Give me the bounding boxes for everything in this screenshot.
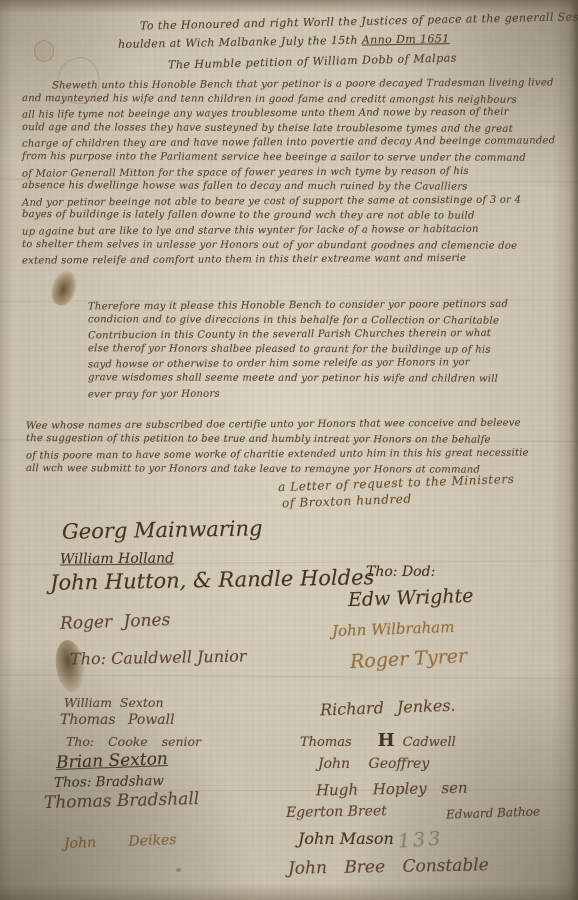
petition-heading-line2: houlden at Wich Malbanke July the 15th A… [118, 32, 450, 51]
petition-heading-line3: The Humble petition of William Dobb of M… [168, 51, 457, 71]
signature-edw-wrighte: Edw Wrighte [348, 585, 474, 611]
petition-heading-line1: To the Honoured and right Worll the Just… [140, 10, 570, 32]
signature-hugh-hopley-sen: Hugh Hopley sen [316, 779, 468, 800]
petition-certificate: Wee whose names are subscribed doe certi… [26, 417, 571, 477]
signature-egerton-breet: Egerton Breet [286, 803, 387, 821]
body-line: extend some releife and comfort unto the… [22, 251, 562, 269]
heading-anno-dm: Anno Dm 1651 [362, 32, 450, 47]
signature-john-wilbraham: John Wilbraham [332, 618, 455, 640]
cadwell-last-name: Cadwell [403, 735, 456, 750]
prayer-line: Therefore may it please this Honoble Ben… [88, 298, 548, 315]
signature-georg-mainwaring: Georg Mainwaring [62, 516, 263, 543]
manuscript-page: To the Honoured and right Worll the Just… [0, 0, 578, 900]
cadwell-mark: H [378, 730, 395, 751]
petition-prayer: Therefore may it please this Honoble Ben… [88, 299, 548, 401]
folio-number-pencil: 133 [397, 827, 444, 852]
signature-edward-bathoe: Edward Bathoe [446, 804, 540, 821]
signature-thos-bradshaw: Thos: Bradshaw [54, 773, 164, 791]
signature-john-mason: John Mason [298, 829, 394, 848]
prayer-line: ever pray for yor Honors [88, 385, 548, 402]
signature-roger-jones: Roger Jones [60, 610, 171, 634]
signature-tho-cooke-senior: Tho: Cooke senior [66, 734, 201, 749]
heading-date-text: houlden at Wich Malbanke July the 15th [118, 34, 362, 51]
signature-john-deikes: John Deikes [64, 832, 177, 852]
signature-richard-jenkes: Richard Jenkes. [320, 696, 456, 720]
signature-tho-cauldwell-junior: Tho: Cauldwell Junior [70, 646, 247, 668]
paper-ring-mark [34, 40, 54, 62]
ink-blot [47, 267, 81, 309]
signature-william-holland: William Holland [60, 551, 174, 568]
signature-john-bree-constable: John Bree Constable [288, 855, 489, 879]
paper-speck [176, 868, 181, 872]
signature-thomas-bradshall: Thomas Bradshall [44, 789, 200, 813]
signature-john-hutton-randle-holdes: John Hutton, & Randle Holdes [50, 565, 375, 595]
signature-roger-tyrer: Roger Tyrer [350, 645, 468, 673]
signature-brian-sexton: Brian Sexton [56, 749, 168, 773]
signature-thomas-powall: Thomas Powall [60, 712, 175, 728]
cadwell-first-name: Thomas [300, 735, 352, 750]
petition-body: Sheweth unto this Honoble Bench that yor… [22, 78, 562, 268]
prayer-line: grave wisdomes shall seeme meete and yor… [88, 371, 548, 387]
paper-crease [0, 674, 578, 680]
endorsement-line2: of Broxton hundred [282, 492, 412, 511]
signature-john-geoffrey: John Geoffrey [318, 756, 429, 772]
signature-william-sexton: William Sexton [64, 695, 164, 710]
signature-tho-dod: Tho: Dod: [366, 564, 435, 580]
signature-thomas-cadwell: ThomasHCadwell [300, 730, 456, 751]
